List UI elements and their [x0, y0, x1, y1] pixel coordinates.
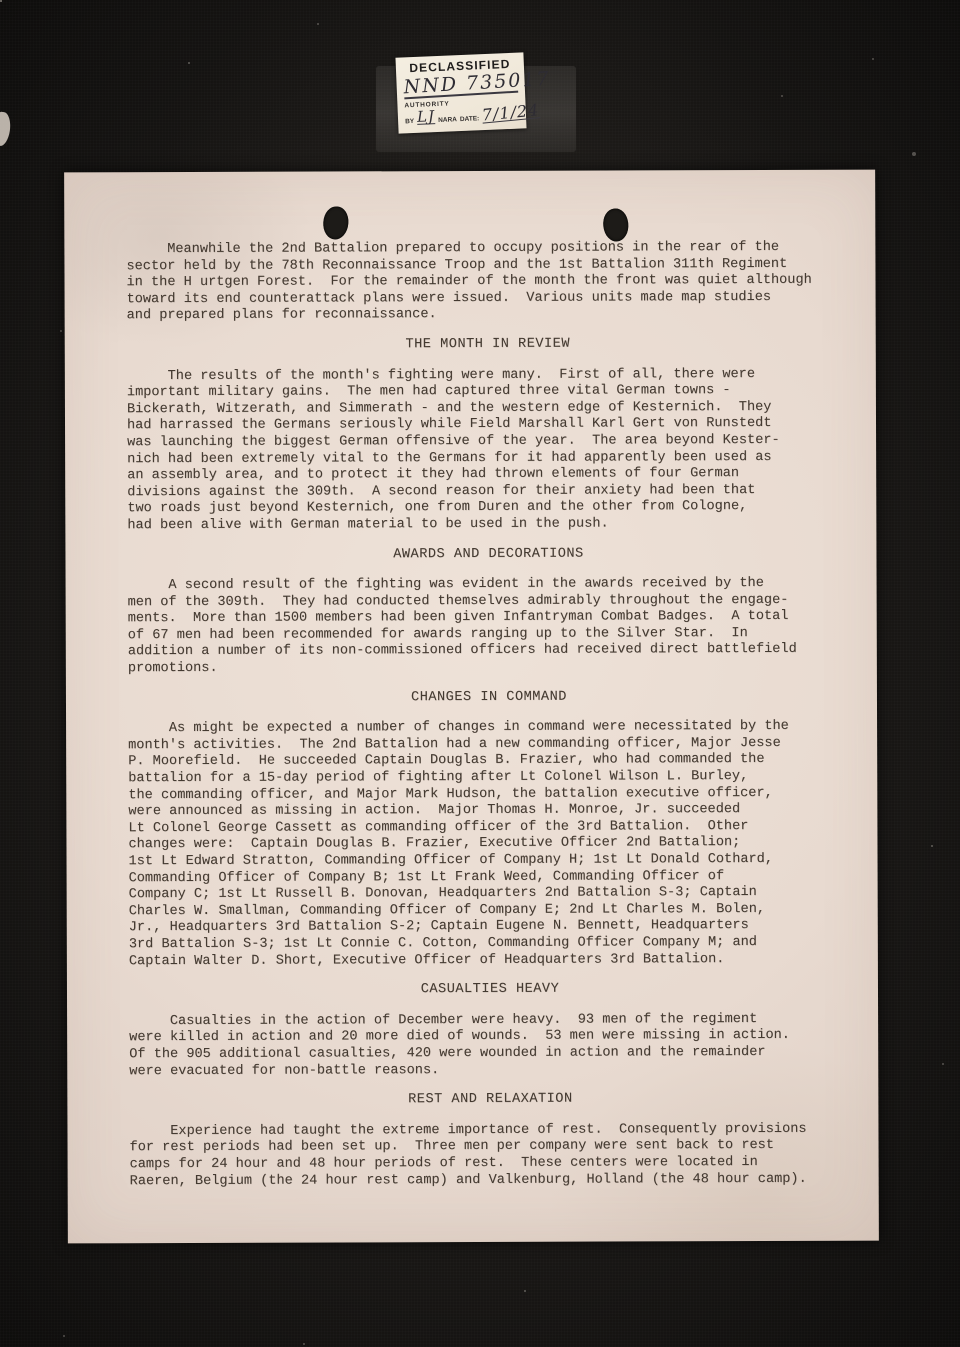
section-heading: THE MONTH IN REVIEW — [127, 336, 849, 355]
section-heading: CHANGES IN COMMAND — [128, 688, 850, 707]
dust-specks — [0, 0, 2, 2]
declassification-number-handwritten: NND 735017 — [403, 71, 518, 100]
by-initials-handwritten: LJ — [417, 109, 436, 125]
document-page: Meanwhile the 2nd Battalion prepared to … — [64, 170, 879, 1244]
document-body: Meanwhile the 2nd Battalion prepared to … — [126, 240, 851, 1191]
nara-label: NARA — [438, 116, 457, 124]
punch-hole-left — [322, 206, 349, 241]
paragraph: Casualties in the action of December wer… — [129, 1011, 851, 1080]
section-heading: REST AND RELAXATION — [129, 1091, 851, 1110]
section-heading: CASUALTIES HEAVY — [129, 981, 851, 1000]
paragraph: The results of the month's fighting were… — [127, 366, 850, 534]
punch-hole-right — [602, 207, 630, 243]
paragraph: Experience had taught the extreme import… — [129, 1121, 851, 1190]
stamp-byline: BY LJ NARA DATE: 7/1/24 — [405, 106, 520, 126]
paragraph: A second result of the fighting was evid… — [128, 576, 850, 678]
paragraph: Meanwhile the 2nd Battalion prepared to … — [126, 240, 848, 325]
paragraph: As might be expected a number of changes… — [128, 719, 851, 970]
declassified-stamp: DECLASSIFIED NND 735017 AUTHORITY BY LJ … — [395, 52, 526, 133]
date-label: DATE: — [460, 115, 480, 123]
by-label: BY — [405, 118, 414, 125]
section-heading: AWARDS AND DECORATIONS — [127, 545, 849, 564]
